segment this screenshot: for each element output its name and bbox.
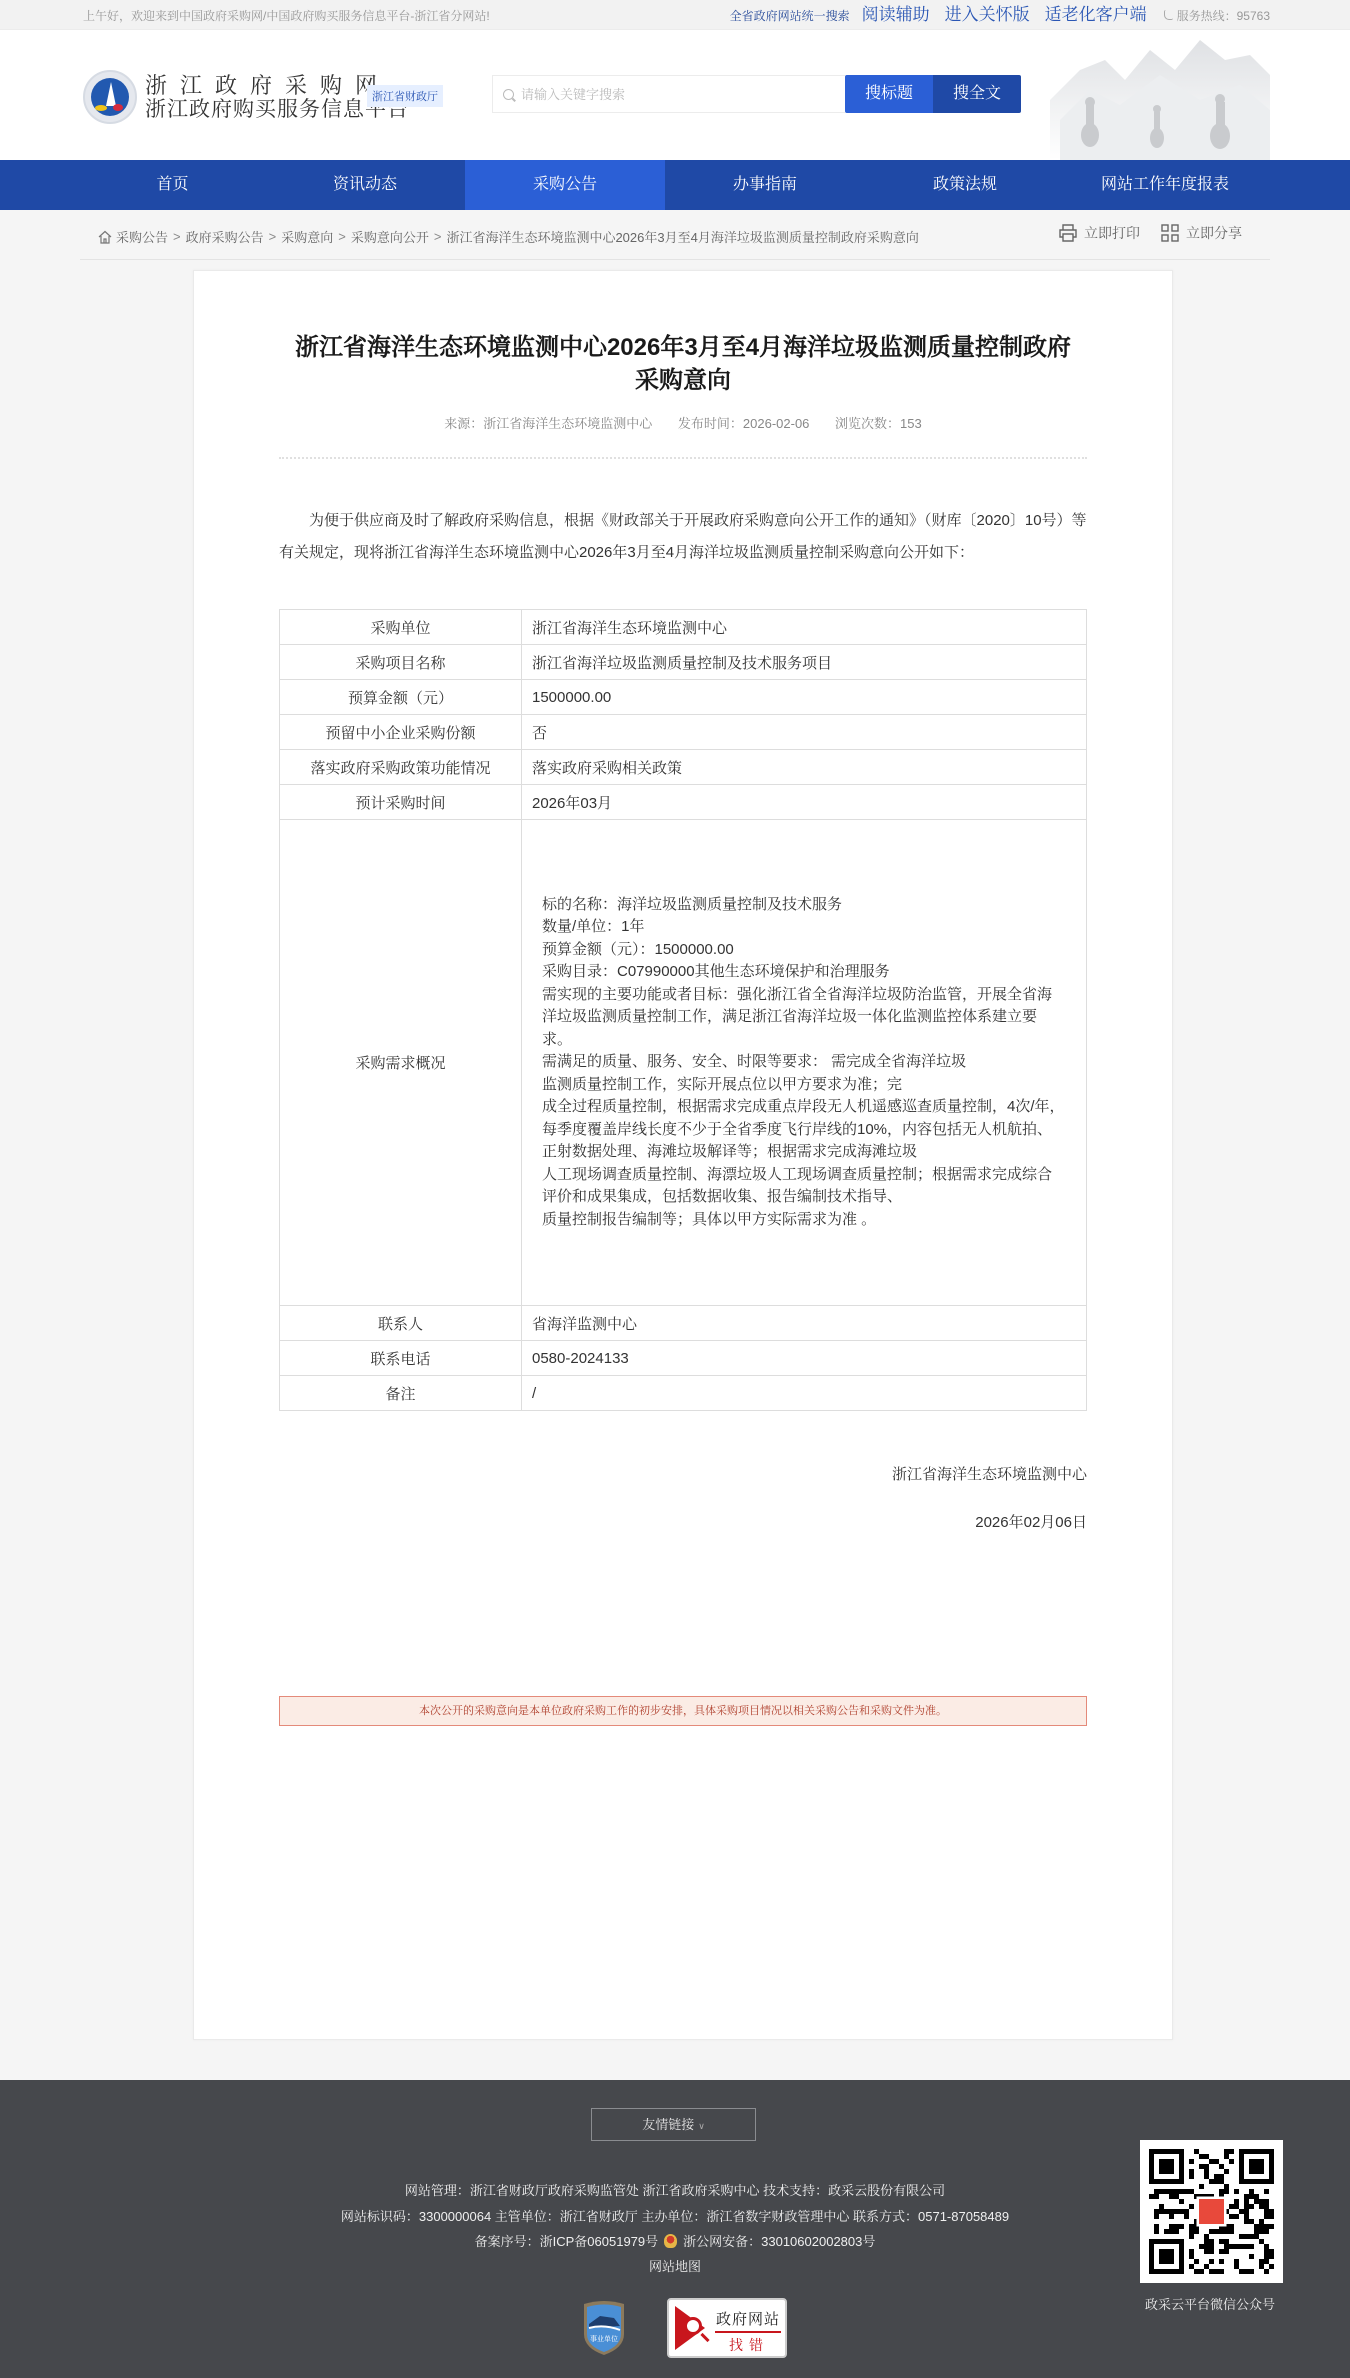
- gov-site-error-report-badge[interactable]: 政府网站 找错: [667, 2298, 787, 2358]
- badge-title: 政府网站: [716, 2308, 780, 2329]
- requirement-line: 需满足的质量、服务、安全、时限等要求： 需完成全省海洋垃圾: [542, 1051, 1066, 1074]
- table-key: 落实政府采购政策功能情况: [280, 750, 522, 785]
- requirements-cell: 标的名称：海洋垃圾监测质量控制及技术服务数量/单位：1年预算金额（元）：1500…: [522, 820, 1087, 1306]
- phone-icon: [1164, 10, 1173, 20]
- table-key: 联系电话: [280, 1341, 522, 1376]
- wechat-qr-code: [1140, 2140, 1283, 2283]
- search-icon: [503, 89, 514, 100]
- breadcrumb-item[interactable]: 政府采购公告: [186, 227, 264, 246]
- search-fulltext-button[interactable]: 搜全文: [933, 75, 1021, 113]
- article-publish-time: 发布时间：2026-02-06: [678, 416, 810, 431]
- welcome-text: 上午好，欢迎来到中国政府采购网/中国政府购买服务信息平台-浙江省分网站!: [83, 7, 490, 24]
- procurement-info-table: 采购单位浙江省海洋生态环境监测中心采购项目名称浙江省海洋垃圾监测质量控制及技术服…: [279, 609, 1087, 1411]
- table-row: 落实政府采购政策功能情况落实政府采购相关政策: [280, 750, 1087, 785]
- printer-icon: [1058, 223, 1078, 243]
- requirement-line: 数量/单位：1年: [542, 916, 1066, 939]
- header: 浙江政府采购网 浙江政府购买服务信息平台 浙江省财政厅 搜标题 搜全文: [0, 30, 1350, 160]
- nav-guide[interactable]: 办事指南: [665, 160, 865, 210]
- site-search-link[interactable]: 全省政府网站统一搜索: [730, 7, 850, 24]
- table-value: 否: [522, 715, 1087, 750]
- badge-subtitle: 找错: [729, 2335, 769, 2355]
- table-value: 落实政府采购相关政策: [522, 750, 1087, 785]
- breadcrumb-item[interactable]: 采购公告: [116, 227, 168, 246]
- chevron-down-icon: ∨: [698, 2121, 705, 2131]
- friend-links-label: 友情链接: [642, 2117, 694, 2132]
- breadcrumb-item[interactable]: 采购意向公开: [351, 227, 429, 246]
- breadcrumb-current: 浙江省海洋生态环境监测中心2026年3月至4月海洋垃圾监测质量控制政府采购意向: [446, 227, 918, 246]
- share-label: 立即分享: [1186, 223, 1242, 243]
- table-value: 浙江省海洋生态环境监测中心: [522, 610, 1087, 645]
- nav-policy[interactable]: 政策法规: [865, 160, 1065, 210]
- breadcrumb-bar: 采购公告> 政府采购公告> 采购意向> 采购意向公开> 浙江省海洋生态环境监测中…: [80, 210, 1270, 260]
- qr-label: 政采云平台微信公众号: [1120, 2294, 1300, 2313]
- divider: [279, 457, 1087, 459]
- table-key: 预计采购时间: [280, 785, 522, 820]
- article-card: 浙江省海洋生态环境监测中心2026年3月至4月海洋垃圾监测质量控制政府 采购意向…: [193, 270, 1173, 2040]
- breadcrumb: 采购公告> 政府采购公告> 采购意向> 采购意向公开> 浙江省海洋生态环境监测中…: [98, 227, 919, 246]
- nav-annual-report[interactable]: 网站工作年度报表: [1065, 160, 1265, 210]
- table-key: 预留中小企业采购份额: [280, 715, 522, 750]
- table-row: 采购单位浙江省海洋生态环境监测中心: [280, 610, 1087, 645]
- requirement-line: 采购目录：C07990000其他生态环境保护和治理服务: [542, 961, 1066, 984]
- print-button[interactable]: 立即打印: [1058, 223, 1140, 243]
- table-key: 备注: [280, 1376, 522, 1411]
- police-record-link[interactable]: 浙公网安备：33010602002803号: [683, 2234, 875, 2249]
- nav-home[interactable]: 首页: [80, 160, 265, 210]
- signature-org: 浙江省海洋生态环境监测中心: [279, 1463, 1087, 1484]
- police-badge-icon: [664, 2234, 677, 2248]
- nav-procurement-notice[interactable]: 采购公告: [465, 160, 665, 210]
- care-version-link[interactable]: 进入关怀版: [945, 5, 1030, 25]
- table-value: 省海洋监测中心: [522, 1306, 1087, 1341]
- table-key: 预算金额（元）: [280, 680, 522, 715]
- top-bar: 上午好，欢迎来到中国政府采购网/中国政府购买服务信息平台-浙江省分网站! 全省政…: [0, 0, 1350, 30]
- table-value: 0580-2024133: [522, 1341, 1087, 1376]
- mountain-pagoda-illustration: [1050, 30, 1270, 160]
- friend-links-dropdown[interactable]: 友情链接∨: [591, 2108, 756, 2141]
- table-row: 备注/: [280, 1376, 1087, 1411]
- table-row: 预算金额（元）1500000.00: [280, 680, 1087, 715]
- icp-link[interactable]: 备案序号：浙ICP备06051979号: [475, 2234, 659, 2249]
- qr-code-icon: [1149, 2149, 1274, 2274]
- requirement-line: 需实现的主要功能或者目标：强化浙江省全省海洋垃圾防治监管，开展全省海洋垃圾监测质…: [542, 984, 1066, 1052]
- requirement-line: 预算金额（元）：1500000.00: [542, 939, 1066, 962]
- hotline: 服务热线：95763: [1164, 7, 1270, 24]
- search-box: [492, 75, 845, 113]
- table-value: 2026年03月: [522, 785, 1087, 820]
- table-value: 1500000.00: [522, 680, 1087, 715]
- table-row: 联系电话0580-2024133: [280, 1341, 1087, 1376]
- table-row: 预计采购时间2026年03月: [280, 785, 1087, 820]
- table-row: 采购项目名称浙江省海洋垃圾监测质量控制及技术服务项目: [280, 645, 1087, 680]
- requirement-line: 监测质量控制工作，实际开展点位以甲方要求为准；完: [542, 1074, 1066, 1097]
- title-line-2: 采购意向: [279, 364, 1087, 397]
- main-nav: 首页 资讯动态 采购公告 办事指南 政策法规 网站工作年度报表: [0, 160, 1350, 210]
- article-views: 浏览次数：153: [835, 416, 922, 431]
- requirement-line: 质量控制报告编制等；具体以甲方实际需求为准 。: [542, 1209, 1066, 1232]
- table-row: 预留中小企业采购份额否: [280, 715, 1087, 750]
- dept-badge: 浙江省财政厅: [367, 85, 443, 107]
- home-icon[interactable]: [98, 230, 112, 244]
- table-value: 浙江省海洋垃圾监测质量控制及技术服务项目: [522, 645, 1087, 680]
- reading-aid-link[interactable]: 阅读辅助: [862, 5, 930, 25]
- article-source: 来源：浙江省海洋生态环境监测中心: [444, 416, 652, 431]
- signature-date: 2026年02月06日: [279, 1511, 1087, 1532]
- article-meta: 来源：浙江省海洋生态环境监测中心 发布时间：2026-02-06 浏览次数：15…: [279, 413, 1087, 432]
- search-input[interactable]: [521, 87, 821, 102]
- public-institution-badge-icon[interactable]: 事业单位: [580, 2298, 628, 2356]
- table-key: 联系人: [280, 1306, 522, 1341]
- table-key: 采购单位: [280, 610, 522, 645]
- article-title: 浙江省海洋生态环境监测中心2026年3月至4月海洋垃圾监测质量控制政府 采购意向: [279, 331, 1087, 397]
- requirement-line: 标的名称：海洋垃圾监测质量控制及技术服务: [542, 894, 1066, 917]
- share-button[interactable]: 立即分享: [1160, 223, 1242, 243]
- table-key: 采购项目名称: [280, 645, 522, 680]
- table-value: /: [522, 1376, 1087, 1411]
- svg-text:事业单位: 事业单位: [590, 2334, 618, 2343]
- nav-news[interactable]: 资讯动态: [265, 160, 465, 210]
- title-line-1: 浙江省海洋生态环境监测中心2026年3月至4月海洋垃圾监测质量控制政府: [279, 331, 1087, 364]
- footer: 友情链接∨ 网站管理：浙江省财政厅政府采购监管处 浙江省政府采购中心 技术支持：…: [0, 2080, 1350, 2378]
- print-label: 立即打印: [1084, 223, 1140, 243]
- search-title-button[interactable]: 搜标题: [845, 75, 933, 113]
- elderly-client-link[interactable]: 适老化客户端: [1045, 5, 1147, 25]
- table-key: 采购需求概况: [280, 820, 522, 1306]
- qr-share-icon: [1160, 223, 1180, 243]
- logo-emblem-icon[interactable]: [83, 70, 137, 124]
- requirement-line: 人工现场调查质量控制、海漂垃圾人工现场调查质量控制；根据需求完成综合评价和成果集…: [542, 1164, 1066, 1209]
- requirement-line: 成全过程质量控制，根据需求完成重点岸段无人机遥感巡查质量控制，4次/年，每季度覆…: [542, 1096, 1066, 1164]
- disclaimer-notice: 本次公开的采购意向是本单位政府采购工作的初步安排，具体采购项目情况以相关采购公告…: [279, 1696, 1087, 1726]
- hotline-text: 服务热线：95763: [1177, 7, 1270, 24]
- table-row: 采购需求概况 标的名称：海洋垃圾监测质量控制及技术服务数量/单位：1年预算金额（…: [280, 820, 1087, 1306]
- table-row: 联系人省海洋监测中心: [280, 1306, 1087, 1341]
- article-intro: 为便于供应商及时了解政府采购信息，根据《财政部关于开展政府采购意向公开工作的通知…: [279, 505, 1087, 569]
- breadcrumb-item[interactable]: 采购意向: [281, 227, 333, 246]
